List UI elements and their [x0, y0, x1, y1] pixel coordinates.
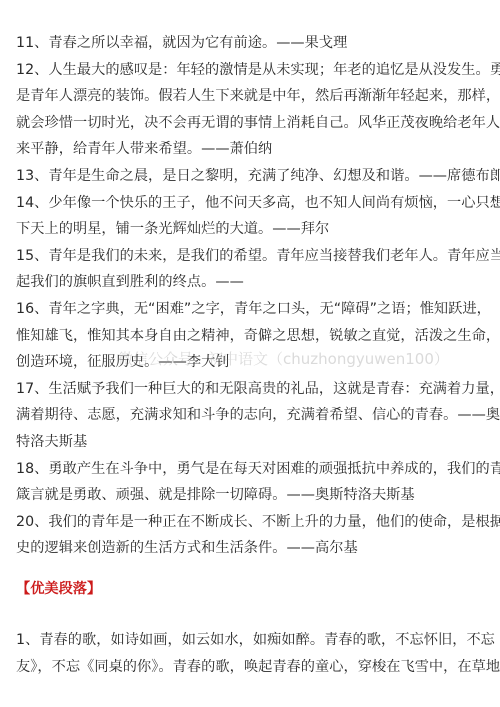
quote-line: 16、青年之字典，无“困难”之字，青年之口头，无“障碍”之语；惟知跃进， — [16, 296, 486, 323]
section-heading: 【优美段落】 — [16, 578, 101, 598]
quote-line: 惟知雄飞，惟知其本身自由之精神，奇僻之思想，锐敏之直觉，活泼之生命，以 — [16, 323, 486, 350]
quotes-list: 11、青春之所以幸福，就因为它有前途。——果戈理 12、人生最大的感叹是：年轻的… — [16, 30, 486, 562]
quote-line: 11、青春之所以幸福，就因为它有前途。——果戈理 — [16, 30, 486, 57]
quote-line: 来平静，给青年人带来希望。——萧伯纳 — [16, 136, 486, 163]
quote-line: 13、青年是生命之晨，是日之黎明，充满了纯净、幻想及和谐。——席德布郎 — [16, 163, 486, 190]
quote-line: 12、人生最大的感叹是：年轻的激情是从未实现；年老的追忆是从没发生。勇气 — [16, 57, 486, 84]
quote-line: 18、勇敢产生在斗争中，勇气是在每天对困难的顽强抵抗中养成的，我们的青年 — [16, 456, 486, 483]
quote-line: 就会珍惜一切时光，决不会再无谓的事情上消耗自己。风华正茂夜晚给老年人带 — [16, 110, 486, 137]
quote-line: 15、青年是我们的未来，是我们的希望。青年应当接替我们老年人。青年应当举 — [16, 243, 486, 270]
paragraph-line: 友》，不忘《同桌的你》。青春的歌，唤起青春的童心，穿梭在飞雪中，在草地 — [16, 654, 486, 681]
watermark: 微信公众号：初中语文（chuzhongyuwen100） — [118, 348, 449, 369]
quote-line: 下天上的明星，铺一条光辉灿烂的大道。——拜尔 — [16, 216, 486, 243]
quote-line: 17、生活赋予我们一种巨大的和无限高贵的礼品，这就是青春：充满着力量，充 — [16, 376, 486, 403]
paragraph-line: 1、青春的歌，如诗如画，如云如水，如痴如醉。青春的歌，不忘怀旧，不忘《朋 — [16, 627, 486, 654]
quote-line: 起我们的旗帜直到胜利的终点。—— — [16, 269, 486, 296]
quote-line: 14、少年像一个快乐的王子，他不问天多高，也不知人间尚有烦恼，一心只想摘 — [16, 190, 486, 217]
quote-line: 满着期待、志愿，充满求知和斗争的志向，充满着希望、信心的青春。——奥斯 — [16, 402, 486, 429]
quote-line: 20、我们的青年是一种正在不断成长、不断上升的力量，他们的使命，是根据历 — [16, 509, 486, 536]
quote-line: 特洛夫斯基 — [16, 429, 486, 456]
quote-line: 箴言就是勇敢、顽强、就是排除一切障碍。——奥斯特洛夫斯基 — [16, 482, 486, 509]
quote-line: 史的逻辑来创造新的生活方式和生活条件。——高尔基 — [16, 535, 486, 562]
paragraph: 1、青春的歌，如诗如画，如云如水，如痴如醉。青春的歌，不忘怀旧，不忘《朋 友》，… — [16, 627, 486, 680]
quote-line: 是青年人漂亮的装饰。假若人生下来就是中年，然后再渐渐年轻起来，那样，他 — [16, 83, 486, 110]
